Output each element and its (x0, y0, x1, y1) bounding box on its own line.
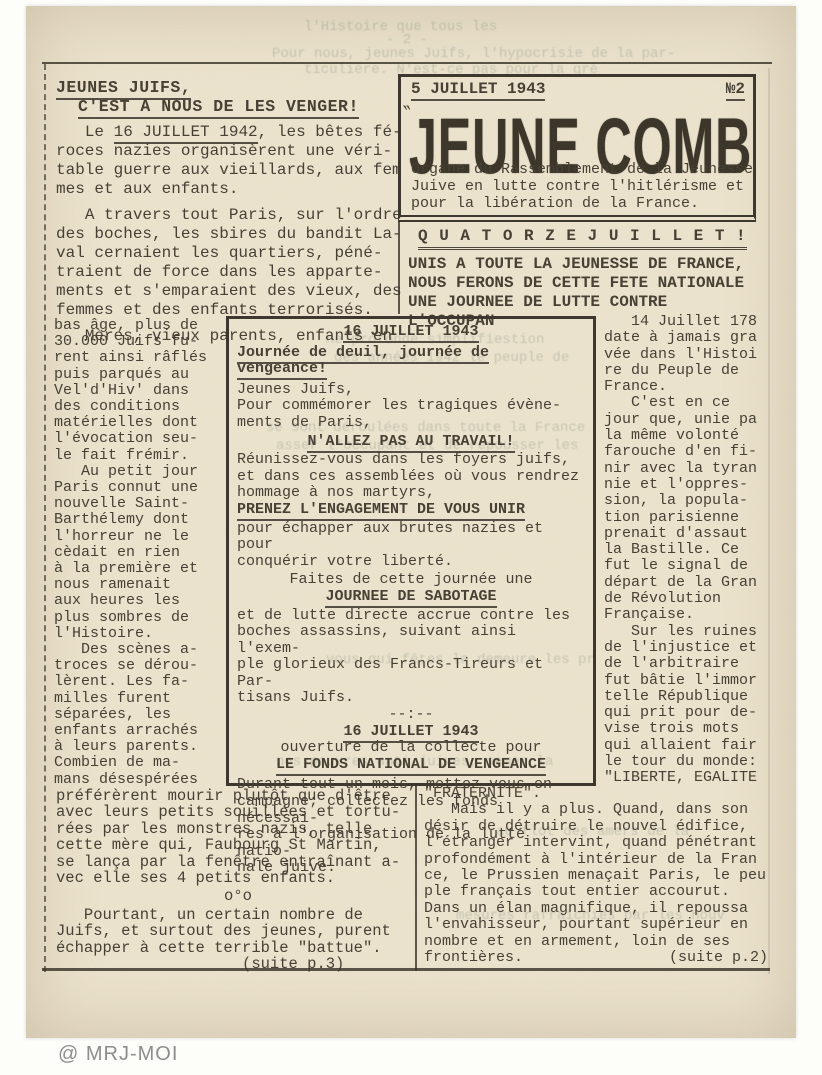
cta-make-day: Faites de cette journée une (237, 572, 585, 589)
lead-bottom-paragraph-2: Pourtant, un certain nombre de Juifs, et… (56, 907, 420, 956)
top-rule (42, 62, 772, 64)
newspaper-scan: - 2 -Pour nous, jeunes Juifs, l'hypocris… (26, 6, 796, 1038)
lead-headline-line2: C'EST A NOUS DE LES VENGER! (78, 97, 359, 119)
lead-article-bottom: préférèrent mourir plutôt que d'être ave… (56, 788, 420, 972)
bottom-rule (42, 968, 770, 971)
masthead-left-border-extension (398, 222, 400, 314)
lead-paragraph-2: A travers tout Paris, sur l'ordre des bo… (56, 206, 416, 320)
masthead: 5 JUILLET 1943 №2 ‶ JEUNE COMBAT Organe … (398, 74, 756, 222)
cta-pledge: PRENEZ L'ENGAGEMENT DE VOUS UNIR (237, 501, 525, 521)
cta-intro: Jeunes Juifs, Pour commémorer les tragiq… (237, 382, 585, 432)
lead-paragraph-1: Le 16 JUILLET 1942, les bêtes fé- roces … (56, 123, 416, 199)
bastille-suite-note: (suite p.2) (669, 950, 768, 966)
cta-no-work: N'ALLEZ PAS AU TRAVAIL! (307, 433, 514, 453)
quatorze-heading: Q U A T O R Z E J U I L L E T ! (418, 227, 747, 250)
left-frame-dashed-rule (44, 64, 46, 972)
call-to-action-box: 16 JUILLET 1943 Journée de deuil, journé… (226, 316, 596, 786)
cta-sabotage-body: et de lutte directe accrue contre les bo… (237, 608, 585, 708)
cta-assemble: Réunissez-vous dans les foyers juifs, et… (237, 452, 585, 502)
cta-subheading: Journée de deuil, journée de vengeance! (237, 344, 489, 381)
cta-collecte-line: ouverture de la collecte pour (237, 740, 585, 757)
lead-article-narrow-column: bas âge, plus de 30.000 Juifs fu- rent a… (54, 318, 224, 788)
bleedthrough-text: l'Histoire que tous les (304, 19, 497, 35)
cta-divider: --:-- (237, 707, 585, 724)
bleedthrough-text: Pour nous, jeunes Juifs, l'hypocrisie de… (272, 46, 675, 62)
masthead-date: 5 JUILLET 1943 (411, 80, 545, 101)
bastille-article-column: 14 Juillet 178 date à jamais gra vée dan… (604, 314, 772, 792)
cta-sabotage: JOURNEE DE SABOTAGE (325, 588, 496, 608)
masthead-issue-number: №2 (726, 80, 745, 101)
bastille-article-bottom: "FRATERNITE". Mais il y a plus. Quand, d… (424, 786, 774, 966)
bottom-column-divider (415, 783, 417, 971)
lead-paragraph-1-prefix: Le (56, 123, 114, 141)
cta-date-heading: 16 JUILLET 1943 (343, 323, 478, 343)
cta-pledge-body: pour échapper aux brutes nazies et pour … (237, 521, 585, 571)
cta-fonds: LE FONDS NATIONAL DE VENGEANCE (276, 756, 546, 776)
masthead-subtitle: Organe du Rassemblement de la Jeunesse J… (411, 161, 756, 212)
lead-article: JEUNES JUIFS, C'EST A NOUS DE LES VENGER… (56, 78, 416, 346)
fraternite-paragraph: "FRATERNITE". Mais il y a plus. Quand, d… (424, 785, 766, 966)
lead-paragraph-1-date: 16 JUILLET 1942 (114, 123, 258, 144)
lead-bottom-paragraph-1: préférèrent mourir plutôt que d'être ave… (56, 788, 420, 886)
watermark: @ MRJ-MOI (58, 1043, 178, 1066)
section-separator: o°o (56, 888, 420, 904)
